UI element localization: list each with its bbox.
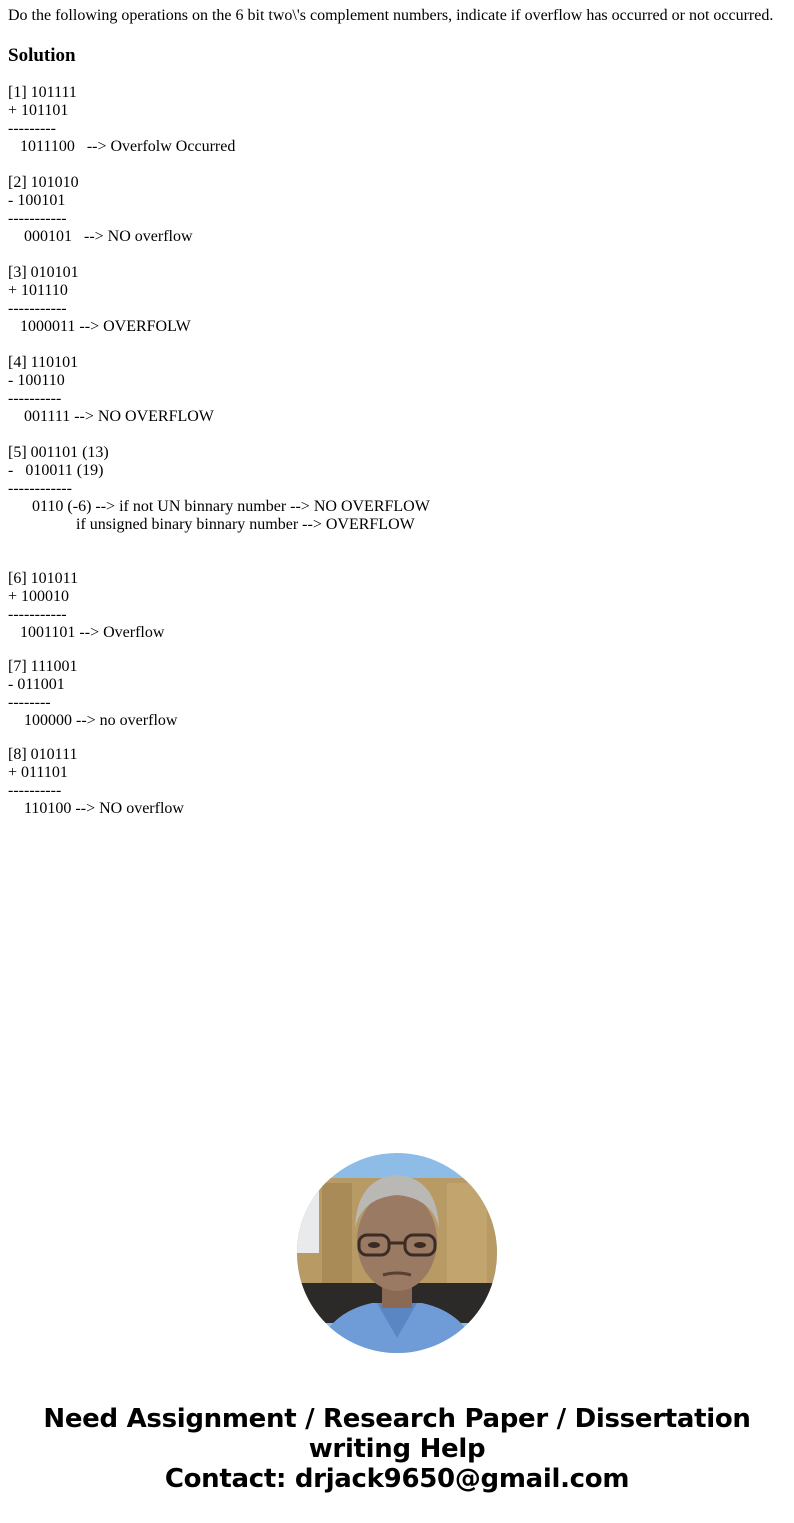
problem-line: -------- (8, 694, 430, 712)
problem-result: 000101 --> NO overflow (8, 228, 430, 246)
problem-line: ----------- (8, 300, 430, 318)
problem-line: [2] 101010 (8, 174, 430, 192)
problem-5: [5] 001101 (13) - 010011 (19) ----------… (8, 444, 430, 534)
problem-line: [3] 010101 (8, 264, 430, 282)
problem-line: [4] 110101 (8, 354, 430, 372)
problem-line: [8] 010111 (8, 746, 430, 764)
problem-line: + 100010 (8, 588, 430, 606)
question-text: Do the following operations on the 6 bit… (8, 7, 773, 25)
problem-line: --------- (8, 120, 430, 138)
problem-result: 1001101 --> Overflow (8, 624, 430, 642)
tutor-avatar (297, 1153, 497, 1353)
problem-result: 100000 --> no overflow (8, 712, 430, 730)
problem-result: 1011100 --> Overfolw Occurred (8, 138, 430, 156)
problem-line: + 101110 (8, 282, 430, 300)
problem-line: ----------- (8, 210, 430, 228)
problem-line: ----------- (8, 606, 430, 624)
problem-4: [4] 110101 - 100110 ---------- 001111 --… (8, 354, 430, 426)
problem-7: [7] 111001 - 011001 -------- 100000 --> … (8, 658, 430, 730)
problem-line: - 100101 (8, 192, 430, 210)
person-photo-icon (297, 1153, 497, 1353)
problem-line: [7] 111001 (8, 658, 430, 676)
problem-line: [6] 101011 (8, 570, 430, 588)
problem-line: - 100110 (8, 372, 430, 390)
problem-1: [1] 101111 + 101101 --------- 1011100 --… (8, 84, 430, 156)
problem-line: ------------ (8, 480, 430, 498)
problem-line: [1] 101111 (8, 84, 430, 102)
problem-line: ---------- (8, 390, 430, 408)
problem-line: [5] 001101 (13) (8, 444, 430, 462)
problem-result: 001111 --> NO OVERFLOW (8, 408, 430, 426)
problem-3: [3] 010101 + 101110 ----------- 1000011 … (8, 264, 430, 336)
problem-result: 110100 --> NO overflow (8, 800, 430, 818)
promo-contact: Contact: drjack9650@gmail.com (0, 1464, 794, 1494)
problem-line: - 010011 (19) (8, 462, 430, 480)
problem-line: + 011101 (8, 764, 430, 782)
solution-body: [1] 101111 + 101101 --------- 1011100 --… (8, 84, 430, 818)
problem-result: 1000011 --> OVERFOLW (8, 318, 430, 336)
problem-result: 0110 (-6) --> if not UN binnary number -… (8, 498, 430, 516)
promo-banner: Need Assignment / Research Paper / Disse… (0, 1404, 794, 1494)
problem-6: [6] 101011 + 100010 ----------- 1001101 … (8, 570, 430, 642)
problem-8: [8] 010111 + 011101 ---------- 110100 --… (8, 746, 430, 818)
solution-heading: Solution (8, 45, 76, 67)
problem-2: [2] 101010 - 100101 ----------- 000101 -… (8, 174, 430, 246)
promo-line-2: writing Help (0, 1434, 794, 1464)
problem-result: if unsigned binary binnary number --> OV… (8, 516, 430, 534)
problem-line: - 011001 (8, 676, 430, 694)
problem-line: ---------- (8, 782, 430, 800)
problem-line: + 101101 (8, 102, 430, 120)
promo-line-1: Need Assignment / Research Paper / Disse… (0, 1404, 794, 1434)
